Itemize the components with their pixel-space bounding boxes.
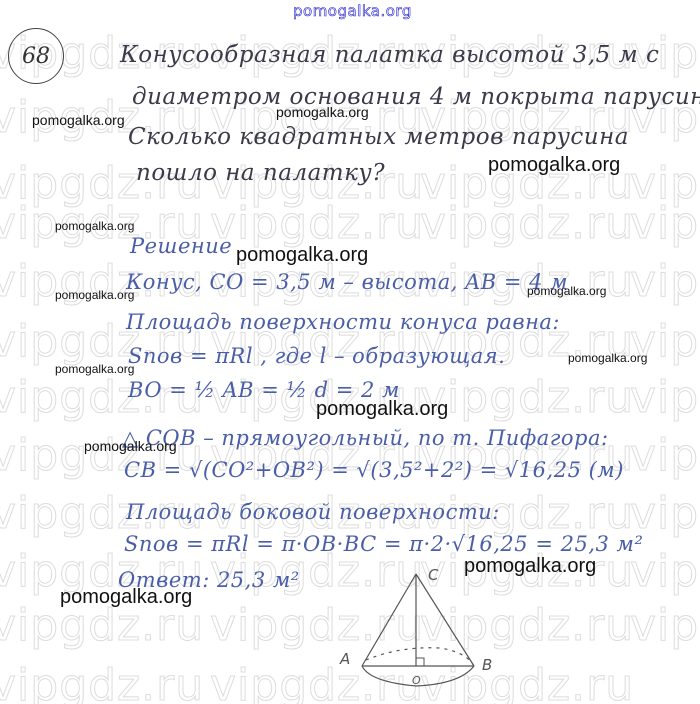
pomogalka-watermark: pomogalka.org: [55, 362, 134, 376]
pomogalka-watermark: pomogalka.org: [527, 284, 606, 298]
vipgdz-watermark: vipgdz.ru: [420, 198, 634, 249]
vipgdz-watermark: vipgdz.ru: [630, 430, 700, 481]
label-o: O: [412, 674, 421, 687]
pomogalka-watermark: pomogalka.org: [316, 398, 448, 421]
pomogalka-watermark: pomogalka.org: [84, 438, 177, 454]
vipgdz-watermark: vipgdz.ru: [630, 198, 700, 249]
cone-edge-cb: [416, 574, 474, 666]
vipgdz-watermark: vipgdz.ru: [210, 198, 424, 249]
pomogalka-watermark: pomogalka.org: [568, 351, 647, 365]
pomogalka-watermark: pomogalka.org: [236, 244, 368, 267]
problem-line: диаметром основания 4 м покрыта парусино…: [132, 84, 700, 110]
solution-line: Sпов = πRl , где l – образующая.: [128, 344, 505, 368]
pomogalka-watermark: pomogalka.org: [55, 219, 134, 233]
right-angle-mark: [416, 658, 424, 666]
header-watermark: pomogalka.org: [293, 2, 412, 20]
pomogalka-watermark: pomogalka.org: [488, 154, 620, 177]
cone-diagram: C A B O: [330, 560, 530, 704]
vipgdz-watermark: vipgdz.ru: [0, 660, 204, 704]
problem-number-badge: 68: [8, 28, 64, 84]
problem-number: 68: [22, 44, 50, 69]
solution-line: CB = √(CO²+OB²) = √(3,5²+2²) = √16,25 (м…: [124, 458, 624, 482]
solution-line: Площадь поверхности конуса равна:: [126, 310, 560, 334]
label-a: A: [339, 650, 350, 668]
vipgdz-watermark: vipgdz.ru: [420, 372, 634, 423]
pomogalka-watermark: pomogalka.org: [60, 586, 192, 609]
cone-base-back-arc: [366, 648, 474, 666]
label-b: B: [482, 656, 492, 674]
solution-line: Sпов = πRl = π·OB·BC = π·2·√16,25 = 25,3…: [124, 532, 643, 556]
pomogalka-watermark: pomogalka.org: [464, 555, 596, 578]
solution-heading: Решение: [130, 234, 232, 258]
pomogalka-watermark: pomogalka.org: [55, 288, 134, 302]
problem-line: пошло на палатку?: [136, 160, 385, 186]
vipgdz-watermark: vipgdz.ru: [630, 600, 700, 651]
vipgdz-watermark: vipgdz.ru: [630, 256, 700, 307]
pomogalka-watermark: pomogalka.org: [276, 104, 369, 120]
problem-line: Сколько квадратных метров парусина: [128, 124, 629, 150]
label-c: C: [428, 566, 439, 584]
problem-line: Конусообразная палатка высотой 3,5 м с: [120, 42, 659, 68]
solution-line: Конус, CO = 3,5 м – высота, AB = 4 м: [126, 270, 568, 294]
vipgdz-watermark: vipgdz.ru: [630, 372, 700, 423]
solution-line: Площадь боковой поверхности:: [126, 500, 500, 524]
pomogalka-watermark: pomogalka.org: [32, 112, 125, 128]
vipgdz-watermark: vipgdz.ru: [630, 158, 700, 209]
solution-line: △ COB – прямоугольный, по т. Пифагора:: [122, 426, 609, 450]
